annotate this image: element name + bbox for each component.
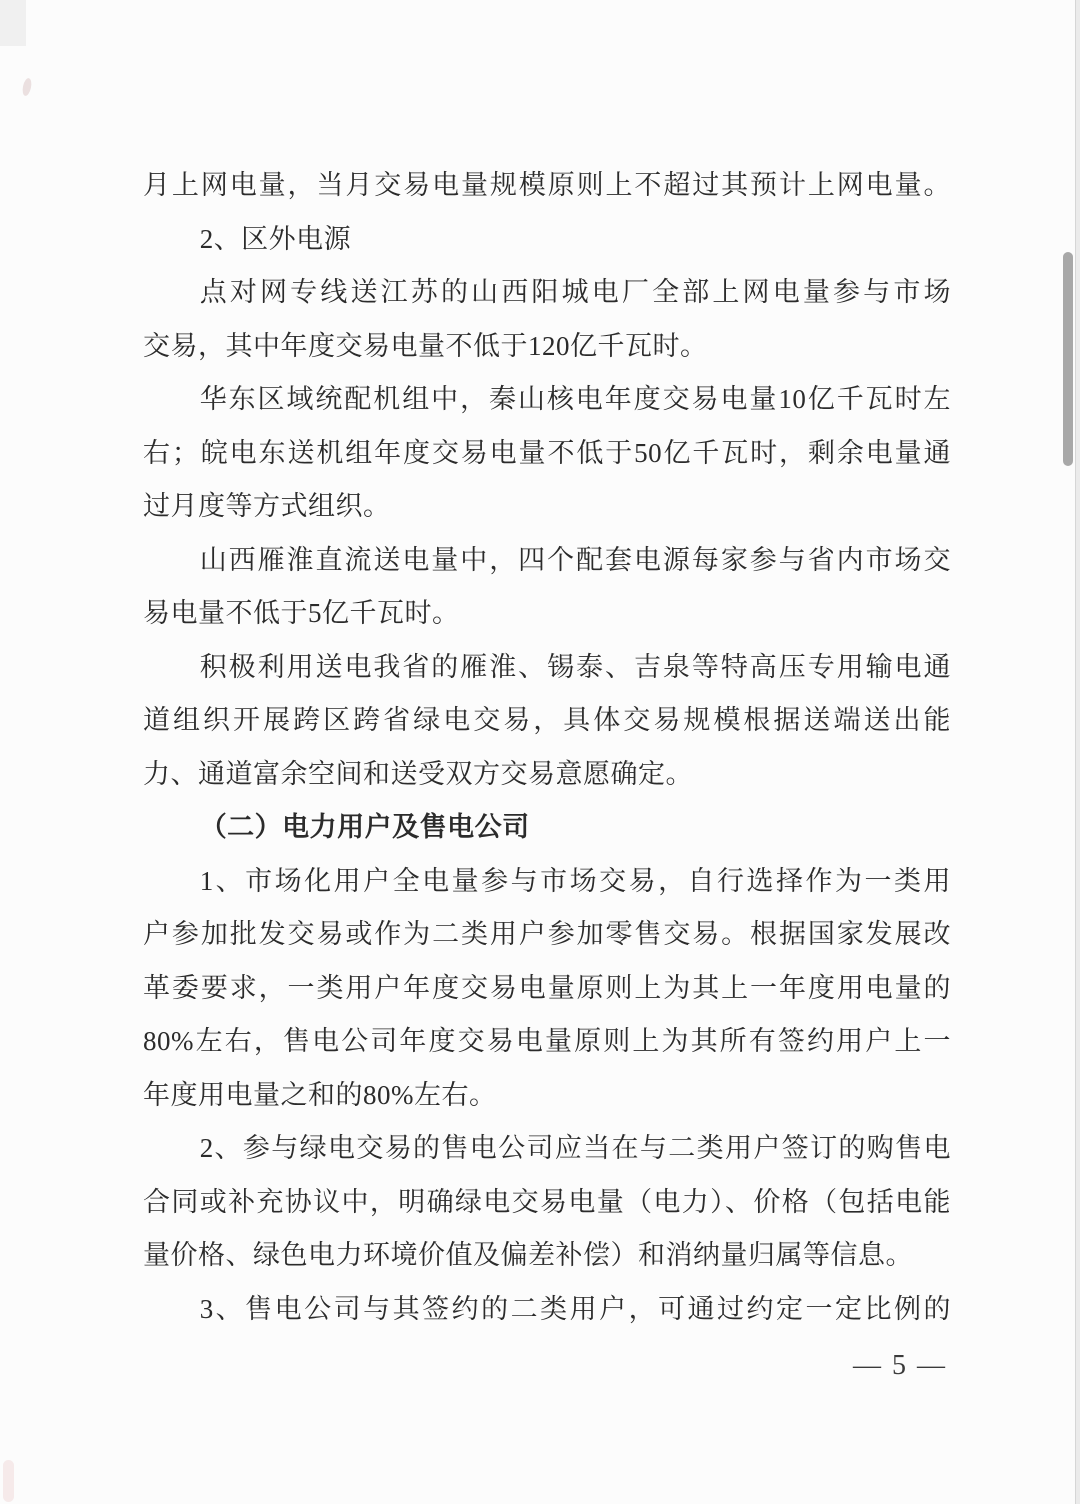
text-line: 右；皖电东送机组年度交易电量不低于50亿千瓦时，剩余电量通 xyxy=(143,427,951,481)
scan-artifact xyxy=(21,77,33,96)
text-line: 交易，其中年度交易电量不低于120亿千瓦时。 xyxy=(143,320,951,374)
text-line: 80%左右，售电公司年度交易电量原则上为其所有签约用户上一 xyxy=(143,1015,951,1069)
text-line: 3、售电公司与其签约的二类用户，可通过约定一定比例的 xyxy=(143,1283,951,1337)
text-line: 户参加批发交易或作为二类用户参加零售交易。根据国家发展改 xyxy=(143,908,951,962)
paragraph: 1、市场化用户全电量参与市场交易，自行选择作为一类用 户参加批发交易或作为二类用… xyxy=(143,855,951,1123)
paragraph: 点对网专线送江苏的山西阳城电厂全部上网电量参与市场 交易，其中年度交易电量不低于… xyxy=(143,266,951,373)
section-heading: （二）电力用户及售电公司 xyxy=(143,801,951,855)
text-line: 易电量不低于5亿千瓦时。 xyxy=(143,587,951,641)
paragraph: 3、售电公司与其签约的二类用户，可通过约定一定比例的 xyxy=(143,1283,951,1337)
text-line: 2、参与绿电交易的售电公司应当在与二类用户签订的购售电 xyxy=(143,1122,951,1176)
text-line: 年度用电量之和的80%左右。 xyxy=(143,1069,951,1123)
paragraph: 华东区域统配机组中，秦山核电年度交易电量10亿千瓦时左 右；皖电东送机组年度交易… xyxy=(143,373,951,534)
scrollbar-track[interactable] xyxy=(1075,0,1080,1504)
text-line: 合同或补充协议中，明确绿电交易电量（电力）、价格（包括电能 xyxy=(143,1176,951,1230)
text-line: 月上网电量，当月交易电量规模原则上不超过其预计上网电量。 xyxy=(143,159,951,213)
paragraph: 积极利用送电我省的雁淮、锡泰、吉泉等特高压专用输电通 道组织开展跨区跨省绿电交易… xyxy=(143,641,951,802)
scrollbar-thumb[interactable] xyxy=(1063,252,1073,466)
text-line: 华东区域统配机组中，秦山核电年度交易电量10亿千瓦时左 xyxy=(143,373,951,427)
text-line: 力、通道富余空间和送受双方交易意愿确定。 xyxy=(143,748,951,802)
text-line: 道组织开展跨区跨省绿电交易，具体交易规模根据送端送出能 xyxy=(143,694,951,748)
scan-artifact xyxy=(3,1460,14,1502)
scan-corner-shade xyxy=(0,0,26,46)
paragraph: 月上网电量，当月交易电量规模原则上不超过其预计上网电量。 xyxy=(143,159,951,213)
document-body-text: 月上网电量，当月交易电量规模原则上不超过其预计上网电量。 2、区外电源 点对网专… xyxy=(143,159,951,1336)
page-number: — 5 — xyxy=(853,1350,947,1382)
text-line: 量价格、绿色电力环境价值及偏差补偿）和消纳量归属等信息。 xyxy=(143,1229,951,1283)
text-line: 点对网专线送江苏的山西阳城电厂全部上网电量参与市场 xyxy=(143,266,951,320)
text-line: 1、市场化用户全电量参与市场交易，自行选择作为一类用 xyxy=(143,855,951,909)
text-line: 积极利用送电我省的雁淮、锡泰、吉泉等特高压专用输电通 xyxy=(143,641,951,695)
text-line: （二）电力用户及售电公司 xyxy=(143,801,951,855)
document-page: 月上网电量，当月交易电量规模原则上不超过其预计上网电量。 2、区外电源 点对网专… xyxy=(0,0,1080,1504)
text-line: 革委要求，一类用户年度交易电量原则上为其上一年度用电量的 xyxy=(143,962,951,1016)
text-line: 2、区外电源 xyxy=(143,213,951,267)
text-line: 山西雁淮直流送电量中，四个配套电源每家参与省内市场交 xyxy=(143,534,951,588)
text-line: 过月度等方式组织。 xyxy=(143,480,951,534)
paragraph: 2、参与绿电交易的售电公司应当在与二类用户签订的购售电 合同或补充协议中，明确绿… xyxy=(143,1122,951,1283)
paragraph: 山西雁淮直流送电量中，四个配套电源每家参与省内市场交 易电量不低于5亿千瓦时。 xyxy=(143,534,951,641)
paragraph: 2、区外电源 xyxy=(143,213,951,267)
